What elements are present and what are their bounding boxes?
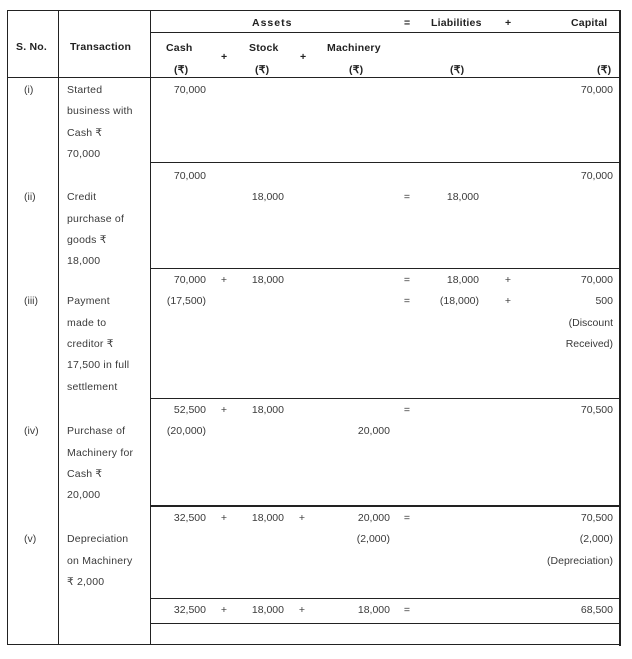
row-divider — [150, 505, 620, 507]
cell-liabilities: (18,000) — [440, 295, 479, 307]
row-transaction-line: Purchase of — [67, 425, 125, 437]
row-sno: (i) — [24, 84, 33, 96]
cell-cash: (20,000) — [167, 425, 206, 437]
header-sno: S. No. — [16, 41, 47, 53]
cell-cash: 32,500 — [174, 512, 206, 524]
row-transaction-line: 17,500 in full — [67, 359, 129, 371]
cell-stock: 18,000 — [252, 191, 284, 203]
header-rupee-cash: (₹) — [174, 64, 188, 76]
operator-eq: = — [401, 295, 413, 307]
cell-machinery: 18,000 — [358, 604, 390, 616]
cell-capital: 70,500 — [581, 404, 613, 416]
cell-cash: (17,500) — [167, 295, 206, 307]
row-transaction-line: Started — [67, 84, 102, 96]
row-transaction-line: business with — [67, 105, 133, 117]
cell-capital: (Discount — [569, 317, 613, 329]
row-transaction-line: ₹ 2,000 — [67, 576, 104, 588]
row-transaction-line: 70,000 — [67, 148, 100, 160]
row-sno: (ii) — [24, 191, 36, 203]
header-transaction: Transaction — [70, 41, 131, 53]
border-top — [7, 10, 621, 11]
cell-machinery: 20,000 — [358, 512, 390, 524]
header-rupee-liabilities: (₹) — [450, 64, 464, 76]
operator-op2: + — [296, 512, 308, 524]
cell-capital: 500 — [595, 295, 613, 307]
cell-capital: 70,000 — [581, 84, 613, 96]
cell-liabilities: 18,000 — [447, 191, 479, 203]
row-transaction-line: Machinery for — [67, 447, 133, 459]
row-divider — [150, 162, 620, 163]
border-bottom — [7, 644, 621, 645]
header-plus: + — [505, 17, 511, 29]
operator-op1: + — [218, 404, 230, 416]
header-rupee-capital: (₹) — [597, 64, 611, 76]
cell-cash: 52,500 — [174, 404, 206, 416]
operator-eq: = — [401, 274, 413, 286]
cell-stock: 18,000 — [252, 274, 284, 286]
header-rupee-stock: (₹) — [255, 64, 269, 76]
divider-header-bottom — [7, 77, 620, 78]
cell-capital: 70,000 — [581, 274, 613, 286]
row-transaction-line: purchase of — [67, 213, 124, 225]
cell-cash: 70,000 — [174, 84, 206, 96]
cell-cash: 32,500 — [174, 604, 206, 616]
cell-capital: 70,500 — [581, 512, 613, 524]
cell-capital: (2,000) — [580, 533, 613, 545]
border-right — [619, 10, 621, 646]
header-stock: Stock — [249, 42, 279, 54]
row-transaction-line: settlement — [67, 381, 117, 393]
header-liabilities: Liabilities — [431, 17, 482, 29]
row-transaction-line: creditor ₹ — [67, 338, 114, 350]
row-divider — [150, 268, 620, 269]
cell-stock: 18,000 — [252, 404, 284, 416]
row-transaction-line: Credit — [67, 191, 96, 203]
row-transaction-line: Depreciation — [67, 533, 128, 545]
cell-cash: 70,000 — [174, 170, 206, 182]
cell-machinery: 20,000 — [358, 425, 390, 437]
row-divider — [150, 623, 620, 624]
row-transaction-line: Payment — [67, 295, 110, 307]
header-plus-2: + — [300, 51, 306, 63]
cell-stock: 18,000 — [252, 604, 284, 616]
header-plus-1: + — [221, 51, 227, 63]
row-transaction-line: Cash ₹ — [67, 127, 102, 139]
cell-capital: Received) — [566, 338, 613, 350]
operator-eq: = — [401, 191, 413, 203]
cell-cash: 70,000 — [174, 274, 206, 286]
cell-stock: 18,000 — [252, 512, 284, 524]
divider-assets-header — [150, 32, 620, 33]
border-left — [7, 10, 8, 645]
cell-capital: 68,500 — [581, 604, 613, 616]
row-sno: (iii) — [24, 295, 38, 307]
cell-liabilities: 18,000 — [447, 274, 479, 286]
operator-op2: + — [296, 604, 308, 616]
row-divider — [150, 398, 620, 399]
row-transaction-line: made to — [67, 317, 106, 329]
row-sno: (v) — [24, 533, 36, 545]
row-transaction-line: 20,000 — [67, 489, 100, 501]
operator-eq: = — [401, 604, 413, 616]
operator-op3: + — [502, 295, 514, 307]
header-capital: Capital — [571, 17, 607, 29]
operator-op1: + — [218, 274, 230, 286]
row-transaction-line: 18,000 — [67, 255, 100, 267]
row-transaction-line: on Machinery — [67, 555, 132, 567]
operator-eq: = — [401, 512, 413, 524]
row-divider — [150, 598, 620, 599]
header-assets: Assets — [252, 17, 292, 29]
header-equals: = — [404, 17, 410, 29]
row-transaction-line: Cash ₹ — [67, 468, 102, 480]
operator-op3: + — [502, 274, 514, 286]
operator-op1: + — [218, 604, 230, 616]
header-rupee-machinery: (₹) — [349, 64, 363, 76]
divider-transaction — [150, 10, 151, 645]
cell-capital: 70,000 — [581, 170, 613, 182]
cell-machinery: (2,000) — [357, 533, 390, 545]
row-transaction-line: goods ₹ — [67, 234, 107, 246]
header-cash: Cash — [166, 42, 192, 54]
operator-op1: + — [218, 512, 230, 524]
divider-sno — [58, 10, 59, 645]
cell-capital: (Depreciation) — [547, 555, 613, 567]
operator-eq: = — [401, 404, 413, 416]
header-machinery: Machinery — [327, 42, 381, 54]
row-sno: (iv) — [24, 425, 39, 437]
